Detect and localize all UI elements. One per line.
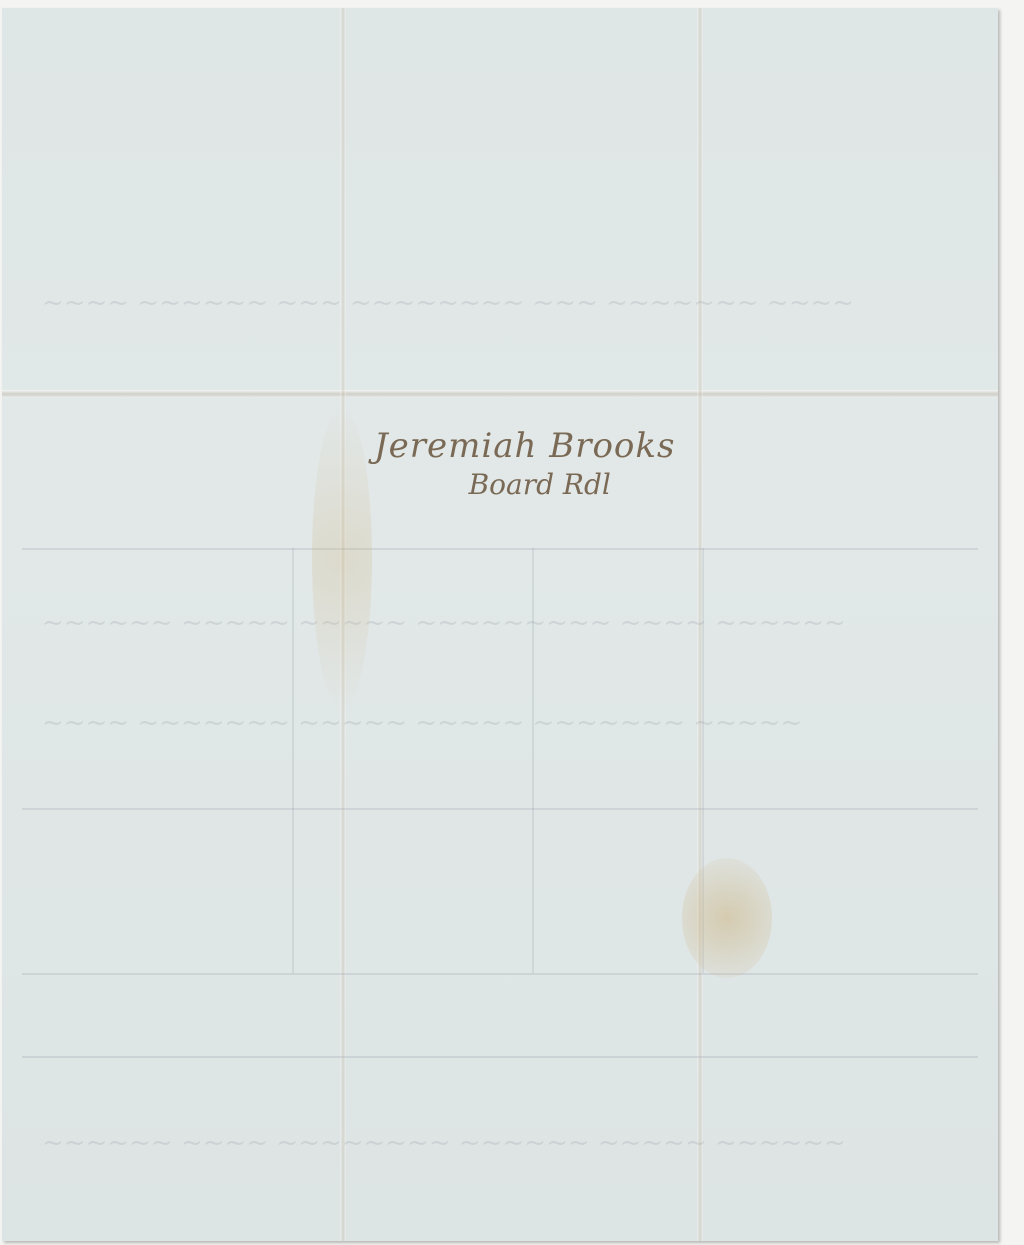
- bleed-through-rule: [22, 808, 978, 810]
- fold-stain: [312, 408, 372, 708]
- bleed-through-text: ~~~~ ~~~~~~~ ~~~~~ ~~~~~ ~~~~~~~ ~~~~~: [42, 708, 802, 738]
- handwritten-inscription: Jeremiah Brooks Board Rdl: [374, 426, 675, 501]
- inscription-note: Board Rdl: [404, 468, 675, 501]
- bleed-through-rule: [22, 548, 978, 550]
- bleed-through-rule: [22, 1056, 978, 1058]
- bleed-through-rule: [22, 973, 978, 975]
- document-page: ~~~~ ~~~~~~ ~~~ ~~~~~~~~ ~~~ ~~~~~~~ ~~~…: [2, 8, 998, 1241]
- horizontal-fold: [2, 390, 998, 398]
- bleed-through-text: ~~~~~~ ~~~~ ~~~~~~~~ ~~~~~~ ~~~~~ ~~~~~~: [42, 1128, 846, 1158]
- bleed-through-text: ~~~~ ~~~~~~ ~~~ ~~~~~~~~ ~~~ ~~~~~~~ ~~~…: [42, 288, 854, 318]
- water-stain: [682, 858, 772, 978]
- inscription-name: Jeremiah Brooks: [374, 426, 675, 466]
- bleed-through-text: ~~~~~~ ~~~~~ ~~~~~ ~~~~~~~~~ ~~~~ ~~~~~~: [42, 608, 846, 638]
